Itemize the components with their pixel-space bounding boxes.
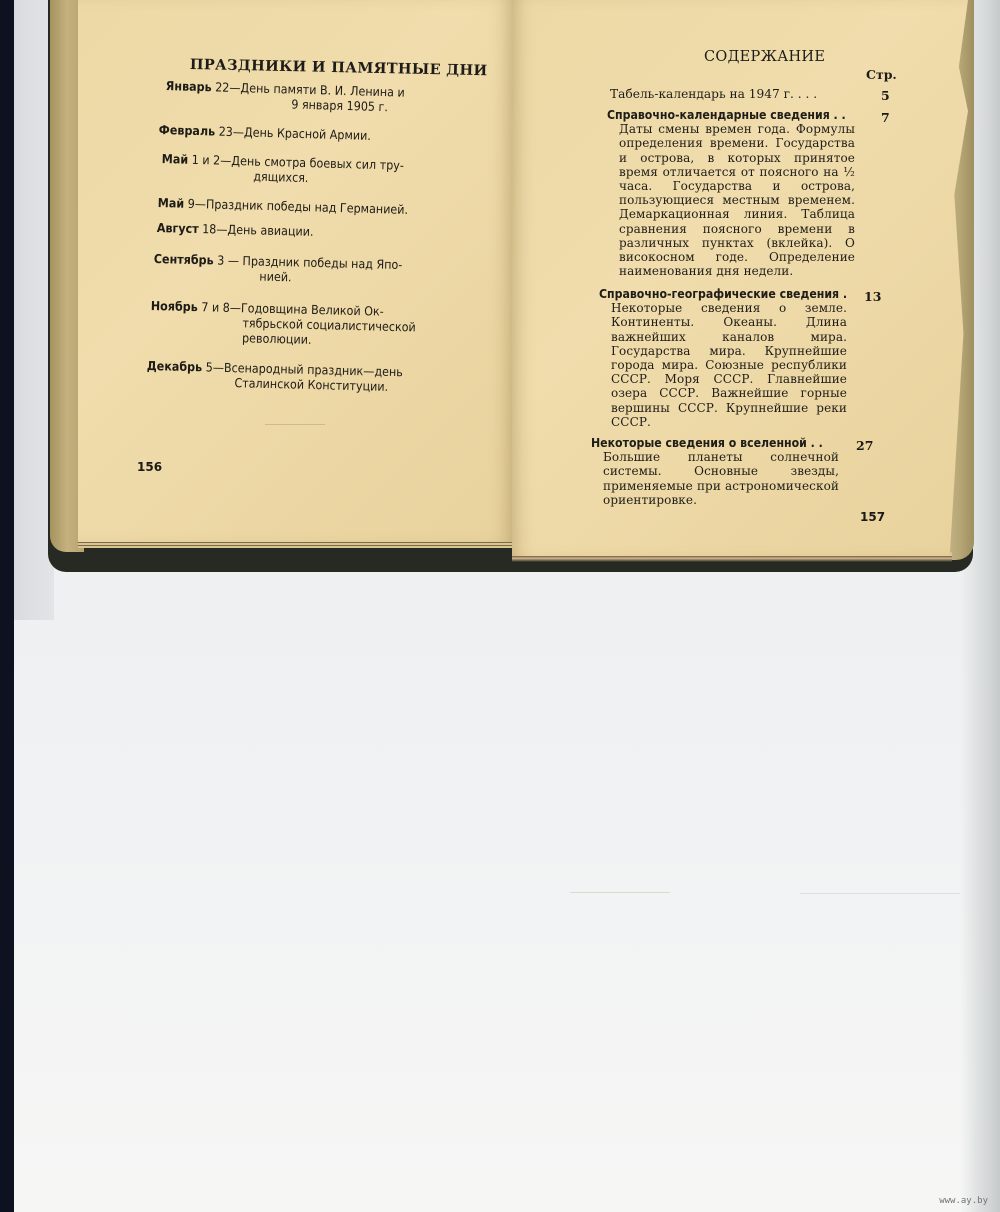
toc-entry: Справочно-календарные сведения . . Даты …: [607, 108, 855, 278]
toc-heading: Некоторые сведения о вселенной . .: [591, 436, 839, 450]
holiday-item: Ноябрь 7 и 8—Годовщина Великой Ок- тябрь…: [150, 298, 416, 349]
toc-heading: Справочно-календарные сведения . .: [607, 108, 855, 122]
holiday-item: Декабрь 5—Всенародный праздник—день Стал…: [146, 358, 403, 394]
toc-description: Даты смены времен года. Формулы определе…: [619, 122, 855, 278]
toc-description: Некоторые сведения о земле. Континенты. …: [611, 301, 847, 429]
holiday-month: Ноябрь: [151, 298, 198, 314]
holiday-month: Февраль: [159, 122, 216, 139]
toc-entry: Табель-календарь на 1947 г. . . .: [610, 87, 817, 101]
toc-entry: Справочно-географические сведения . Неко…: [599, 287, 847, 429]
holiday-item: Сентябрь 3 — Праздник победы над Япо- ни…: [153, 251, 402, 287]
toc-heading: Табель-календарь на 1947 г. . . .: [610, 87, 817, 101]
toc-page-number: 7: [881, 110, 890, 125]
holiday-month: Май: [162, 151, 189, 167]
paper-mark: [265, 424, 325, 425]
scan-mark: [570, 892, 670, 893]
scan-mark: [800, 893, 960, 894]
toc-page-number: 5: [881, 88, 890, 103]
holiday-month: Август: [157, 220, 199, 236]
holiday-month: Декабрь: [147, 358, 203, 374]
holiday-month: Май: [158, 195, 185, 211]
toc-page-number: 13: [864, 289, 881, 304]
watermark: www.ay.by: [939, 1196, 988, 1206]
contents-title: СОДЕРЖАНИЕ: [704, 49, 825, 65]
scanner-edge-dark: [0, 0, 14, 1212]
toc-entry: Некоторые сведения о вселенной . . Больш…: [591, 436, 839, 507]
toc-page-number: 27: [856, 438, 873, 453]
toc-heading: Справочно-географические сведения .: [599, 287, 847, 301]
holiday-month: Сентябрь: [154, 251, 214, 267]
holiday-month: Январь: [166, 78, 212, 94]
left-page-number: 156: [137, 460, 162, 474]
holiday-text: 18—День авиации.: [198, 221, 313, 239]
page-column-label: Стр.: [866, 67, 897, 82]
right-page-number: 157: [860, 510, 885, 524]
toc-description: Большие планеты солнечной системы. Основ…: [603, 450, 839, 507]
